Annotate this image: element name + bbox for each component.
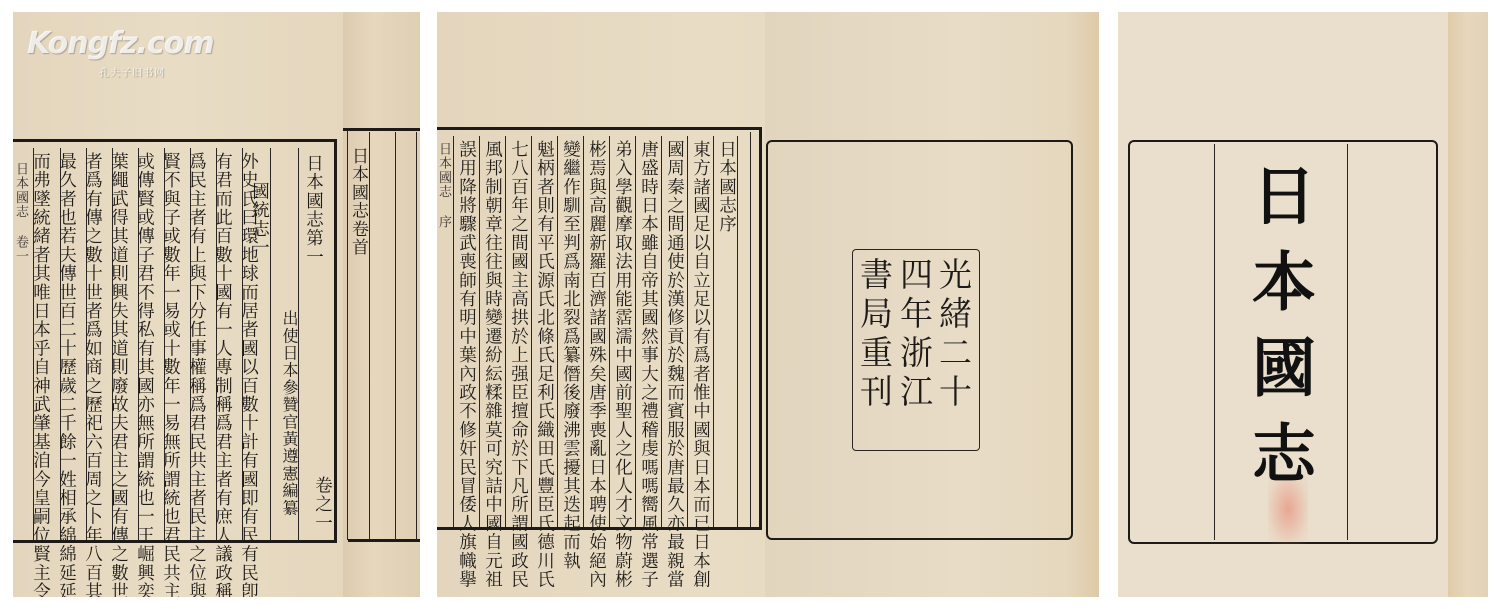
column-rule — [713, 136, 714, 527]
watermark-brand: Kongfz.com — [27, 26, 214, 61]
title-slip-rule-left — [1214, 144, 1215, 540]
column-rule — [270, 148, 271, 540]
preface-column-4: 弟入學觀摩取法用能霑濡中國前聖人之化人才文物蔚彬 — [613, 140, 631, 589]
chapter-heading: 國統志一 — [250, 182, 268, 257]
column-rule — [583, 136, 584, 527]
fold-label: 日本國志 序 — [437, 142, 450, 229]
frame-inner-rule — [750, 132, 751, 527]
body-column-4: 賢不與子或數年一易或十數年一易無所謂統也君民共主 — [161, 152, 179, 597]
preface-column-2: 國周秦之間通使於漢修貢於魏而賓服於唐最久亦最親當 — [665, 140, 683, 589]
preface-column-1: 東方諸國足以自立足以有爲者惟中國與日本而已日本創 — [691, 140, 709, 589]
book-page-preface: 日本國志 序 日本國志序 東方諸國足以自立足以有爲者惟中國與日本而已日本創 國周… — [437, 12, 1099, 597]
preface-column-8: 七八百年之間國主高拱於上强臣擅命於下凡所謂國政民 — [509, 140, 527, 589]
preface-column-5: 彬焉與高麗新羅百濟諸國殊矣唐季喪亂日本聘使始絕內 — [587, 140, 605, 589]
body-column-6: 葉繩武得其道則興失其道則廢故夫君主之國有傳之數世 — [109, 152, 127, 597]
volume-label: 卷之一 — [313, 476, 331, 532]
column-rule — [687, 136, 688, 527]
preface-column-7: 魁柄者則有平氏源氏北條氏足利氏織田氏豐臣氏德川氏 — [535, 140, 553, 589]
preface-title: 日本國志序 — [717, 140, 735, 234]
column-rule — [635, 136, 636, 527]
colophon-column-2: 四年浙江 — [898, 257, 931, 413]
watermark-subtitle: 孔夫子旧书网 — [99, 64, 165, 79]
book-cover: 日本國志 — [1118, 12, 1488, 597]
spine-title: 日本國志卷首 — [349, 147, 366, 256]
watermark: Kongfz.com 孔夫子旧书网 — [27, 26, 214, 61]
column-rule — [737, 136, 738, 527]
column-rule — [479, 136, 480, 527]
spine-bottom-rule — [348, 539, 420, 542]
title-slip-rule-right — [1347, 144, 1348, 540]
frame-right-rule — [334, 139, 337, 543]
colophon-column-3: 書局重刊 — [858, 257, 891, 413]
column-rule — [661, 136, 662, 527]
colophon-column-1: 光緒二十 — [937, 257, 970, 413]
book-title-column: 日本國志第一 — [304, 154, 322, 266]
body-column-8: 最久者也若夫傳世百二十歷歲二千餘一姓相承綿綿延延 — [57, 152, 75, 597]
book-spine-leaf — [343, 12, 420, 597]
preface-column-6: 變繼作馴至判爲南北裂爲纂僭後廢沸雲擾其迭起而執 — [561, 140, 579, 570]
cover-title: 日本國志 — [1246, 162, 1310, 506]
column-rule — [505, 136, 506, 527]
column-rule — [557, 136, 558, 527]
fold-label: 日本國志 卷一 — [14, 162, 27, 263]
spine-rule — [395, 132, 396, 540]
frame-right-rule — [759, 127, 762, 530]
spine-rule — [369, 132, 370, 540]
column-rule — [453, 136, 454, 527]
body-column-5: 或傳賢或傳子君不得私有其國亦無所謂統也一王崛興奕 — [135, 152, 153, 597]
body-column-9: 而弗墜統緒者其唯日本乎自神武肇基洎今皇嗣位賢主令 — [31, 152, 49, 597]
book-page-volume-one: Kongfz.com 孔夫子旧书网 日本國志 卷一 外史氏曰環地球而居者國以百數… — [13, 12, 420, 597]
spine-rule — [416, 132, 417, 540]
preface-column-3: 唐盛時日本雖自帝其國然事大之禮稽虔嗎嗎嚮風常選子 — [639, 140, 657, 589]
body-column-2: 有君而此百數十國有一人專制稱爲君主者有庶人議政稱 — [213, 152, 231, 597]
preface-column-10: 誤用降將驟武喪師有明中葉內政不修奸民冒倭人旗幟擧 — [457, 140, 475, 589]
spine-top-rule — [343, 128, 420, 131]
body-column-7: 者爲有傳之數十世者爲如商之歷祀六百周之卜年八百其 — [83, 152, 101, 597]
frame-top-rule — [13, 139, 336, 142]
author-column: 出使日本參贊官黃遵憲編纂 — [281, 310, 297, 516]
preface-column-9: 風邦制朝章往往與時變遷紛紜糅雜莫可究詰中國自元祖 — [483, 140, 501, 589]
column-rule — [609, 136, 610, 527]
cover-edge — [1448, 12, 1488, 597]
frame-top-rule — [437, 127, 762, 130]
column-rule — [531, 136, 532, 527]
body-column-3: 爲民主者有上與下分任事權稱爲君民共主者民主之位與 — [187, 152, 205, 597]
